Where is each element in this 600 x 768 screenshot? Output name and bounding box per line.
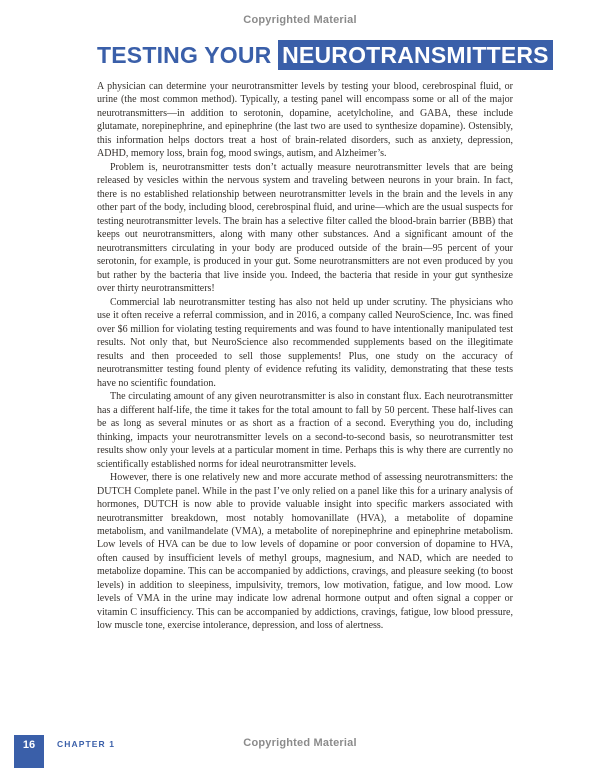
- book-page: Copyrighted Material TESTING YOUR NEUROT…: [0, 0, 600, 768]
- paragraph-5: However, there is one relatively new and…: [97, 471, 513, 633]
- page-title: TESTING YOUR NEUROTRANSMITTERS: [97, 42, 513, 69]
- paragraph-3: Commercial lab neurotransmitter testing …: [97, 296, 513, 390]
- paragraph-4: The circulating amount of any given neur…: [97, 390, 513, 471]
- body-text: A physician can determine your neurotran…: [97, 80, 513, 633]
- bottom-copyright-notice: Copyrighted Material: [0, 737, 600, 749]
- page-content: TESTING YOUR NEUROTRANSMITTERS A physici…: [97, 42, 513, 633]
- page-title-highlighted: NEUROTRANSMITTERS: [278, 40, 553, 70]
- top-copyright-notice: Copyrighted Material: [0, 14, 600, 26]
- paragraph-1: A physician can determine your neurotran…: [97, 80, 513, 161]
- page-title-plain: TESTING YOUR: [97, 42, 272, 68]
- paragraph-2: Problem is, neurotransmitter tests don’t…: [97, 161, 513, 296]
